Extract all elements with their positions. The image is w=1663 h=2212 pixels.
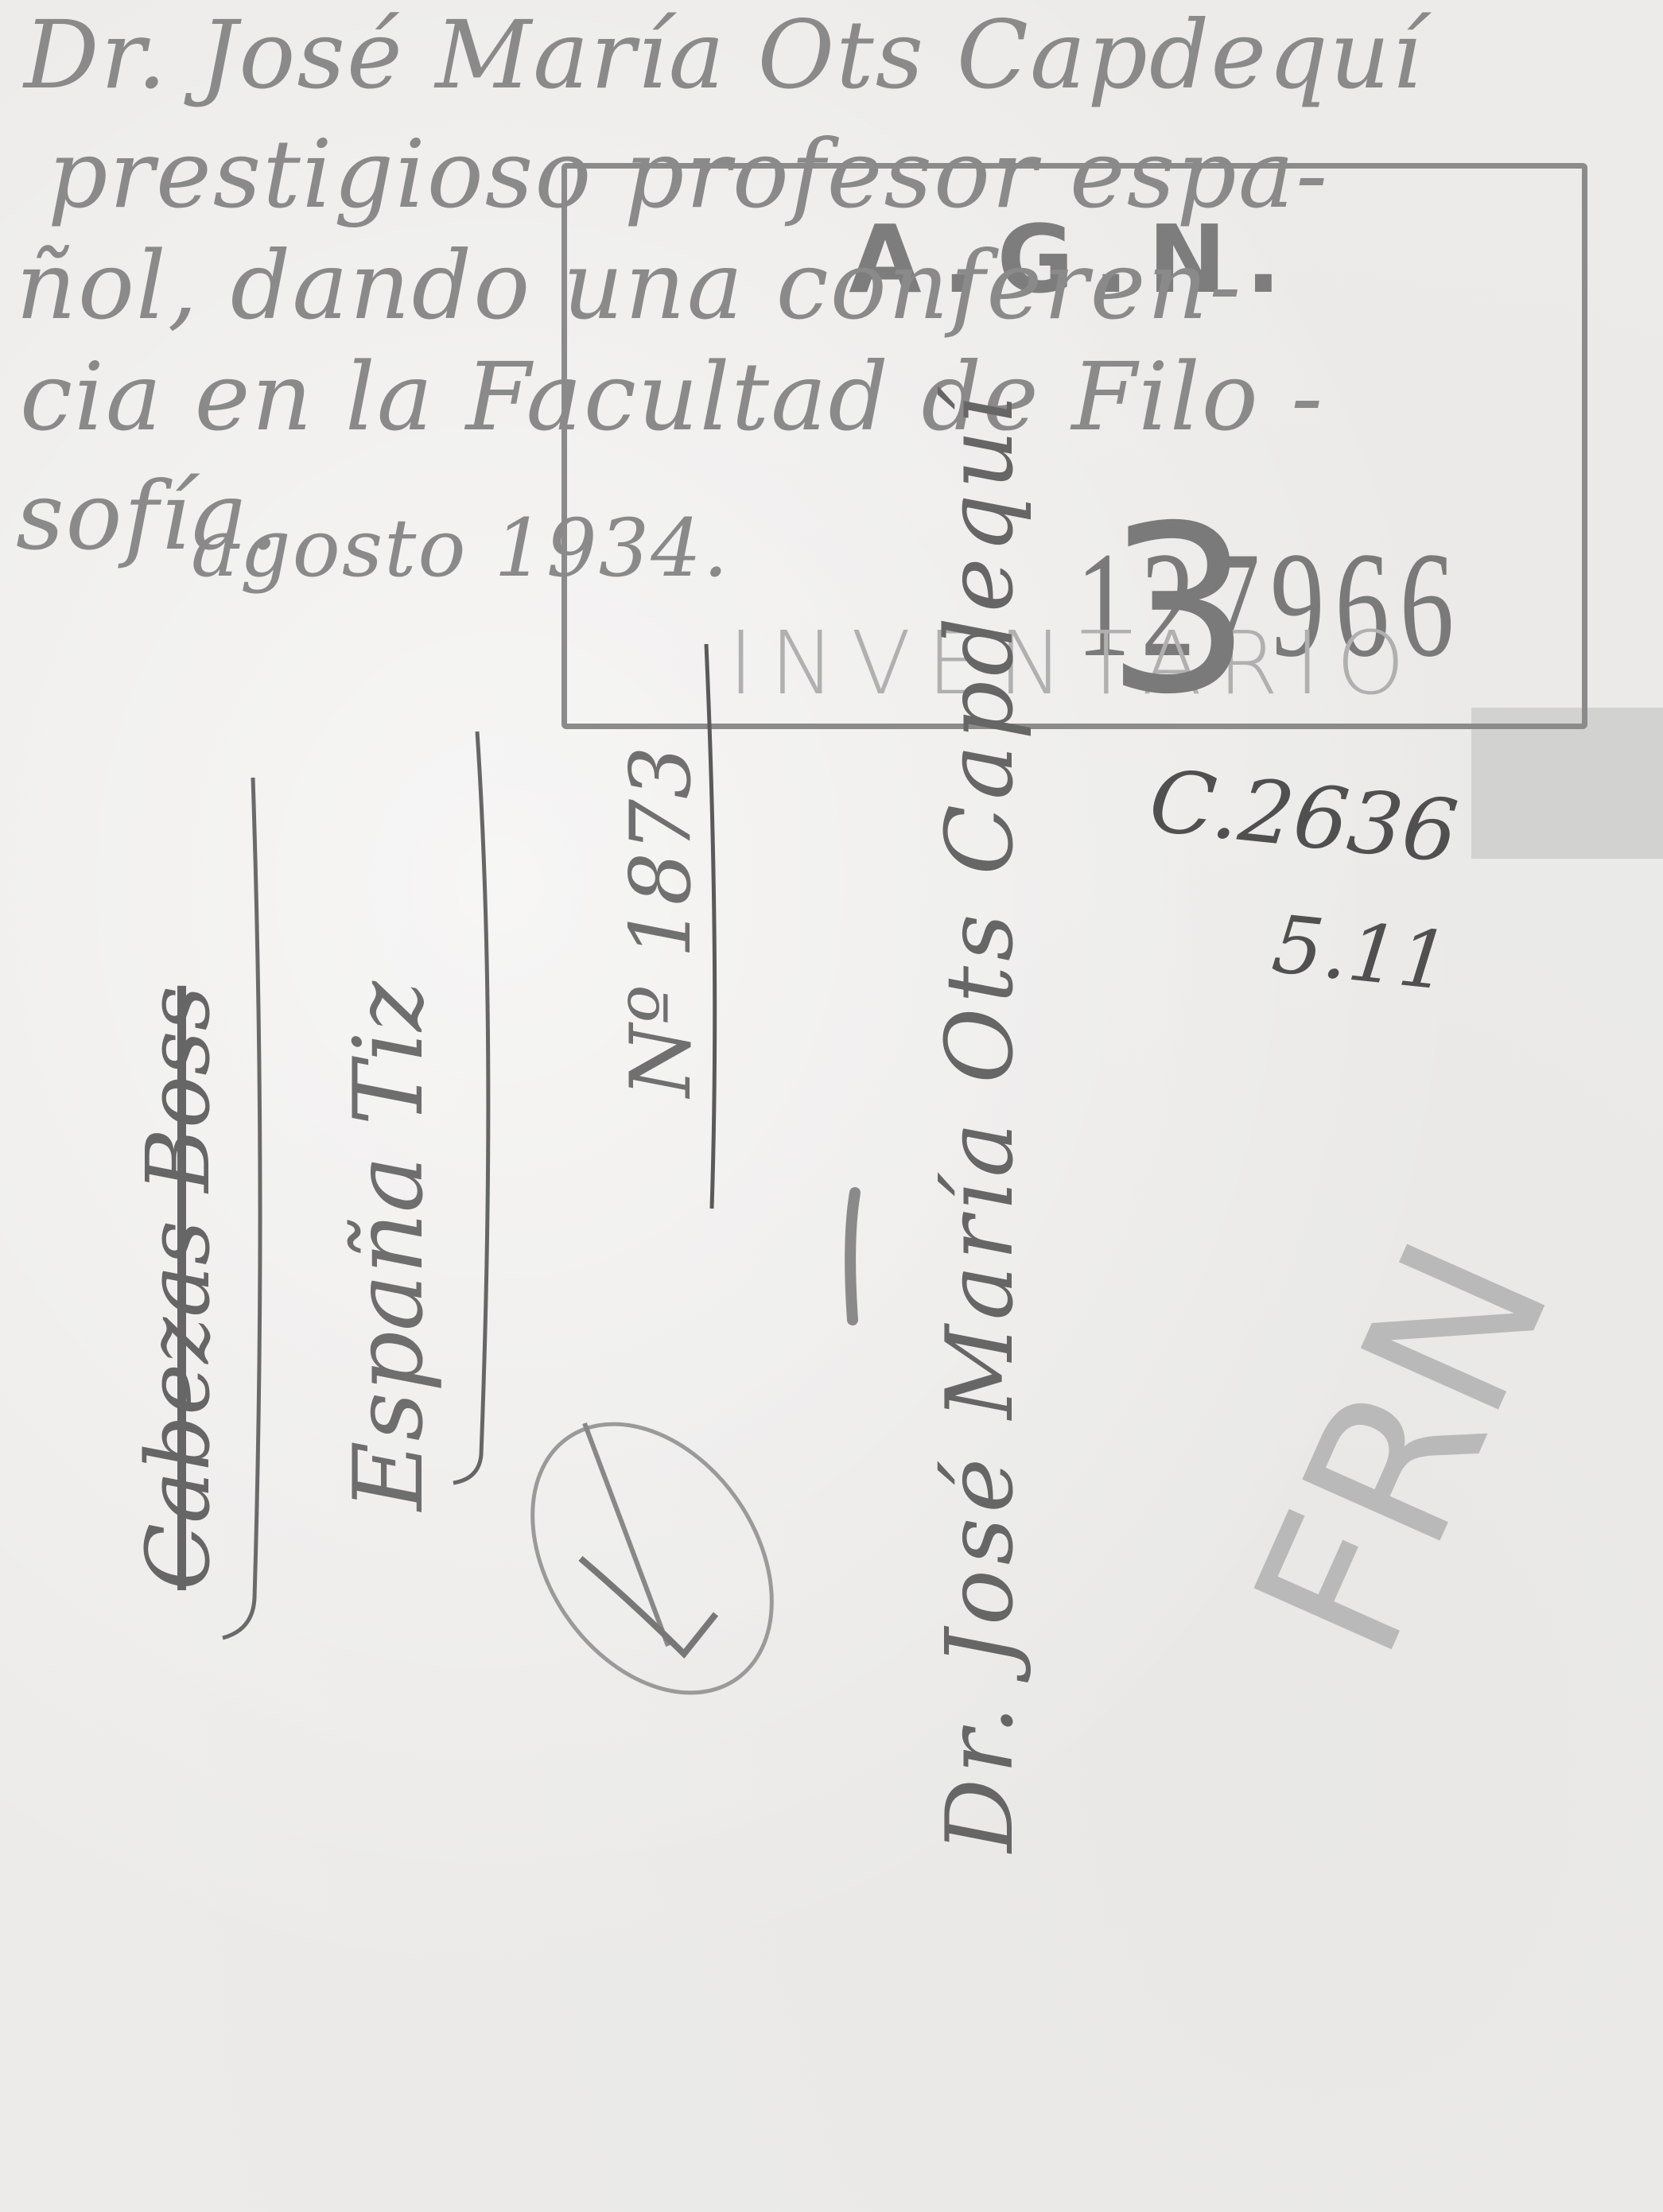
circled-x-mark bbox=[483, 1379, 821, 1738]
circle-icon bbox=[483, 1379, 821, 1738]
pencil-strokes bbox=[0, 0, 1663, 2212]
underline-stroke-2 bbox=[453, 732, 488, 1483]
dash-stroke bbox=[850, 1193, 855, 1320]
x-icon bbox=[581, 1558, 716, 1654]
underline-stroke-3 bbox=[706, 644, 715, 1209]
underline-stroke-1 bbox=[223, 778, 260, 1638]
